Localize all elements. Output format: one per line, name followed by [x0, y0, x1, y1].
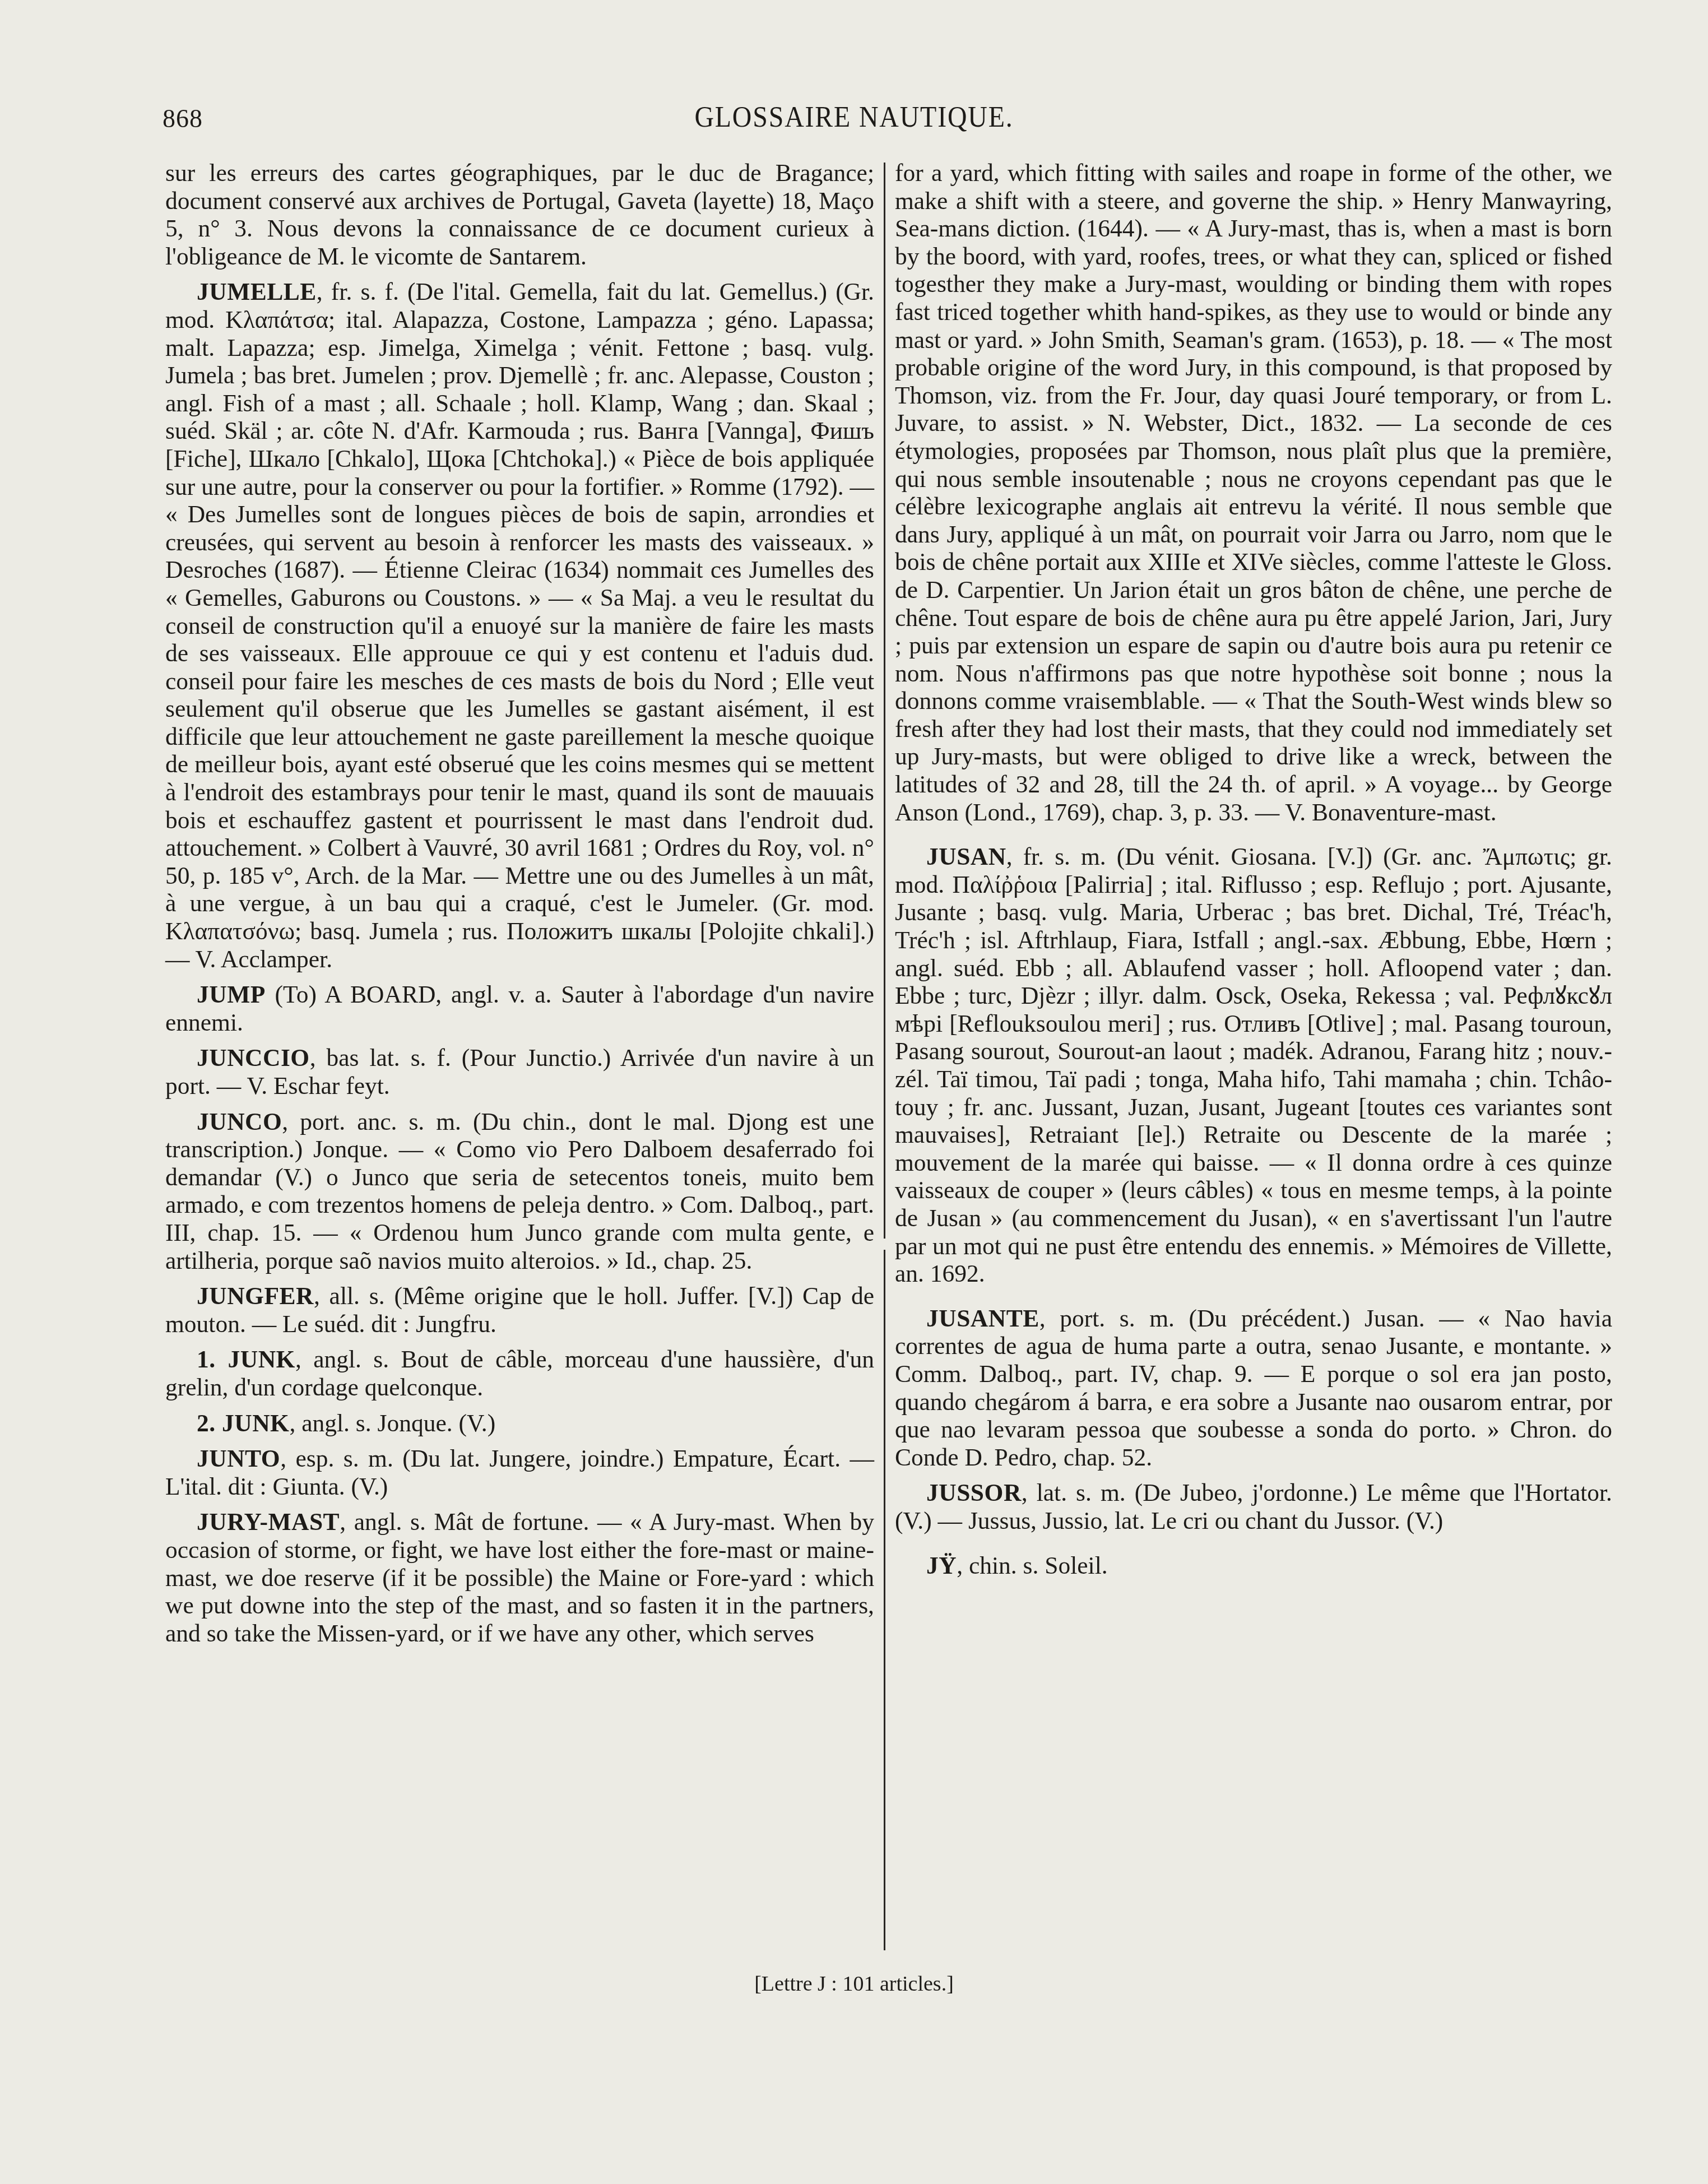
entry-headword: 1. JUNK: [197, 1346, 295, 1373]
entry-headword: JUSAN: [926, 843, 1006, 870]
entry-headword: JURY-MAST: [197, 1509, 340, 1536]
entry-body: , fr. s. m. (Du vénit. Giosana. [V.]) (G…: [895, 843, 1612, 1287]
entry-body: , chin. s. Soleil.: [957, 1552, 1107, 1579]
entry-headword: JUSANTE: [926, 1305, 1039, 1332]
letter-summary-footer: [Lettre J : 101 articles.]: [0, 1972, 1708, 1996]
continuation-text: for a yard, which fitting with sailes an…: [895, 160, 1612, 827]
glossary-entry-jumelle: JUMELLE, fr. s. f. (De l'ital. Gemella, …: [165, 279, 874, 973]
entry-body: (To) A BOARD, angl. v. a. Sauter à l'abo…: [165, 981, 874, 1036]
glossary-entry-jury-mast: JURY-MAST, angl. s. Mât de fortune. — « …: [165, 1509, 874, 1648]
glossary-entry-jump-aboard: JUMP (To) A BOARD, angl. v. a. Sauter à …: [165, 981, 874, 1037]
right-column: for a yard, which fitting with sailes an…: [895, 160, 1612, 1580]
entry-headword: JUMELLE: [197, 279, 317, 305]
running-title: GLOSSAIRE NAUTIQUE.: [68, 101, 1640, 134]
glossary-entry-jungfer: JUNGFER, all. s. (Même origine que le ho…: [165, 1283, 874, 1338]
glossary-entry-junk-1: 1. JUNK, angl. s. Bout de câble, morceau…: [165, 1346, 874, 1402]
glossary-entry-jussor: JUSSOR, lat. s. m. (De Jubeo, j'ordonne.…: [895, 1480, 1612, 1535]
column-divider: [884, 163, 885, 1239]
glossary-entry-jusan: JUSAN, fr. s. m. (Du vénit. Giosana. [V.…: [895, 843, 1612, 1288]
entry-headword: 2. JUNK: [197, 1410, 289, 1437]
column-divider: [884, 1250, 885, 1950]
entry-headword: JUNCO: [197, 1109, 282, 1135]
glossary-entry-jy: JŸ, chin. s. Soleil.: [895, 1552, 1612, 1580]
entry-headword: JUNTO: [197, 1445, 280, 1472]
glossary-entry-jusante: JUSANTE, port. s. m. (Du précédent.) Jus…: [895, 1305, 1612, 1472]
continuation-text: sur les erreurs des cartes géographiques…: [165, 160, 874, 271]
left-column: sur les erreurs des cartes géographiques…: [165, 160, 874, 1648]
glossary-entry-junto: JUNTO, esp. s. m. (Du lat. Jungere, join…: [165, 1445, 874, 1501]
entry-headword: JŸ: [926, 1552, 957, 1579]
entry-headword: JUNGFER: [197, 1283, 314, 1310]
entry-headword: JUMP: [197, 981, 266, 1008]
glossary-entry-junco: JUNCO, port. anc. s. m. (Du chin., dont …: [165, 1109, 874, 1276]
glossary-entry-junk-2: 2. JUNK, angl. s. Jonque. (V.): [165, 1410, 874, 1438]
glossary-entry-junccio: JUNCCIO, bas lat. s. f. (Pour Junctio.) …: [165, 1045, 874, 1100]
entry-headword: JUNCCIO: [197, 1045, 310, 1072]
entry-body: , angl. s. Jonque. (V.): [289, 1410, 495, 1437]
entry-headword: JUSSOR: [926, 1480, 1022, 1506]
entry-body: , fr. s. f. (De l'ital. Gemella, fait du…: [165, 279, 874, 972]
